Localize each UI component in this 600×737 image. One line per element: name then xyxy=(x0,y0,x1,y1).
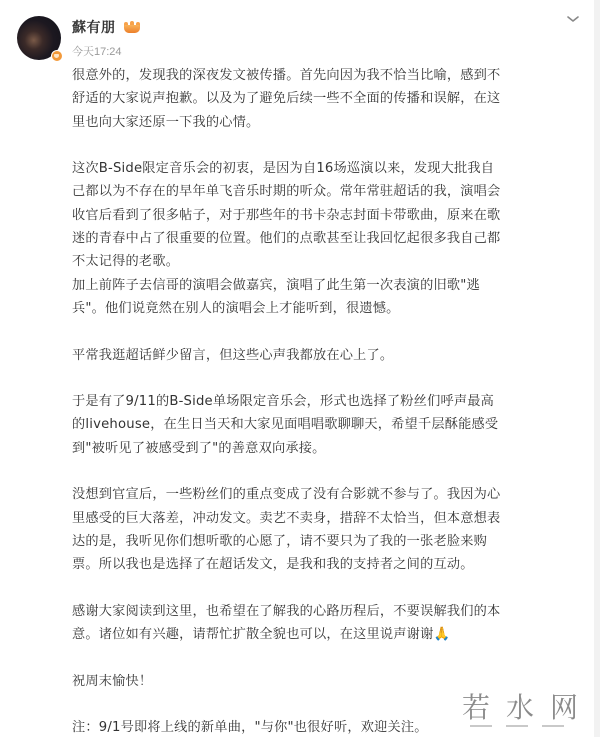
author-name[interactable]: 蘇有朋 xyxy=(72,17,116,37)
post-body: 很意外的，发现我的深夜发文被传播。首先向因为我不恰当比喻，感到不舒适的大家说声抱… xyxy=(72,64,504,737)
weibo-post-page: 蘇有朋 今天17:24 很意外的，发现我的深夜发文被传播。首先向因为我不恰当比喻… xyxy=(0,0,600,737)
watermark-char: 网 xyxy=(550,686,578,726)
post-paragraph: 注：9/1号即将上线的新单曲，"与你"也很好听，欢迎关注。 xyxy=(72,716,504,737)
post-paragraph: 这次B-Side限定音乐会的初衷，是因为自16场巡演以来，发现大批我自己都以为不… xyxy=(72,157,504,273)
post-paragraph: 没想到官宣后，一些粉丝们的重点变成了没有合影就不参与了。我因为心里感受的巨大落差… xyxy=(72,483,504,576)
post-paragraph: 感谢大家阅读到这里，也希望在了解我的心路历程后，不要误解我们的本意。诸位如有兴趣… xyxy=(72,600,504,647)
site-watermark: 若 水 网 xyxy=(462,686,578,726)
scrollbar-track[interactable] xyxy=(594,0,600,737)
vip-crown-icon[interactable] xyxy=(124,22,140,33)
watermark-char: 水 xyxy=(506,686,534,726)
post-timestamp[interactable]: 今天17:24 xyxy=(72,43,122,59)
post-paragraph: 加上前阵子去信哥的演唱会做嘉宾，演唱了此生第一次表演的旧歌"逃兵"。他们说竟然在… xyxy=(72,274,504,321)
watermark-subtext xyxy=(470,725,564,727)
chevron-down-icon[interactable] xyxy=(566,14,580,24)
author-row: 蘇有朋 xyxy=(72,17,140,37)
post-paragraph: 于是有了9/11的B-Side单场限定音乐会，形式也选择了粉丝们呼声最高的liv… xyxy=(72,390,504,460)
post-paragraph: 平常我逛超话鲜少留言，但这些心声我都放在心上了。 xyxy=(72,344,504,367)
watermark-char: 若 xyxy=(462,686,490,726)
post-paragraph: 很意外的，发现我的深夜发文被传播。首先向因为我不恰当比喻，感到不舒适的大家说声抱… xyxy=(72,64,504,134)
verified-badge-icon xyxy=(51,50,63,62)
post-paragraph: 祝周末愉快！ xyxy=(72,670,504,693)
